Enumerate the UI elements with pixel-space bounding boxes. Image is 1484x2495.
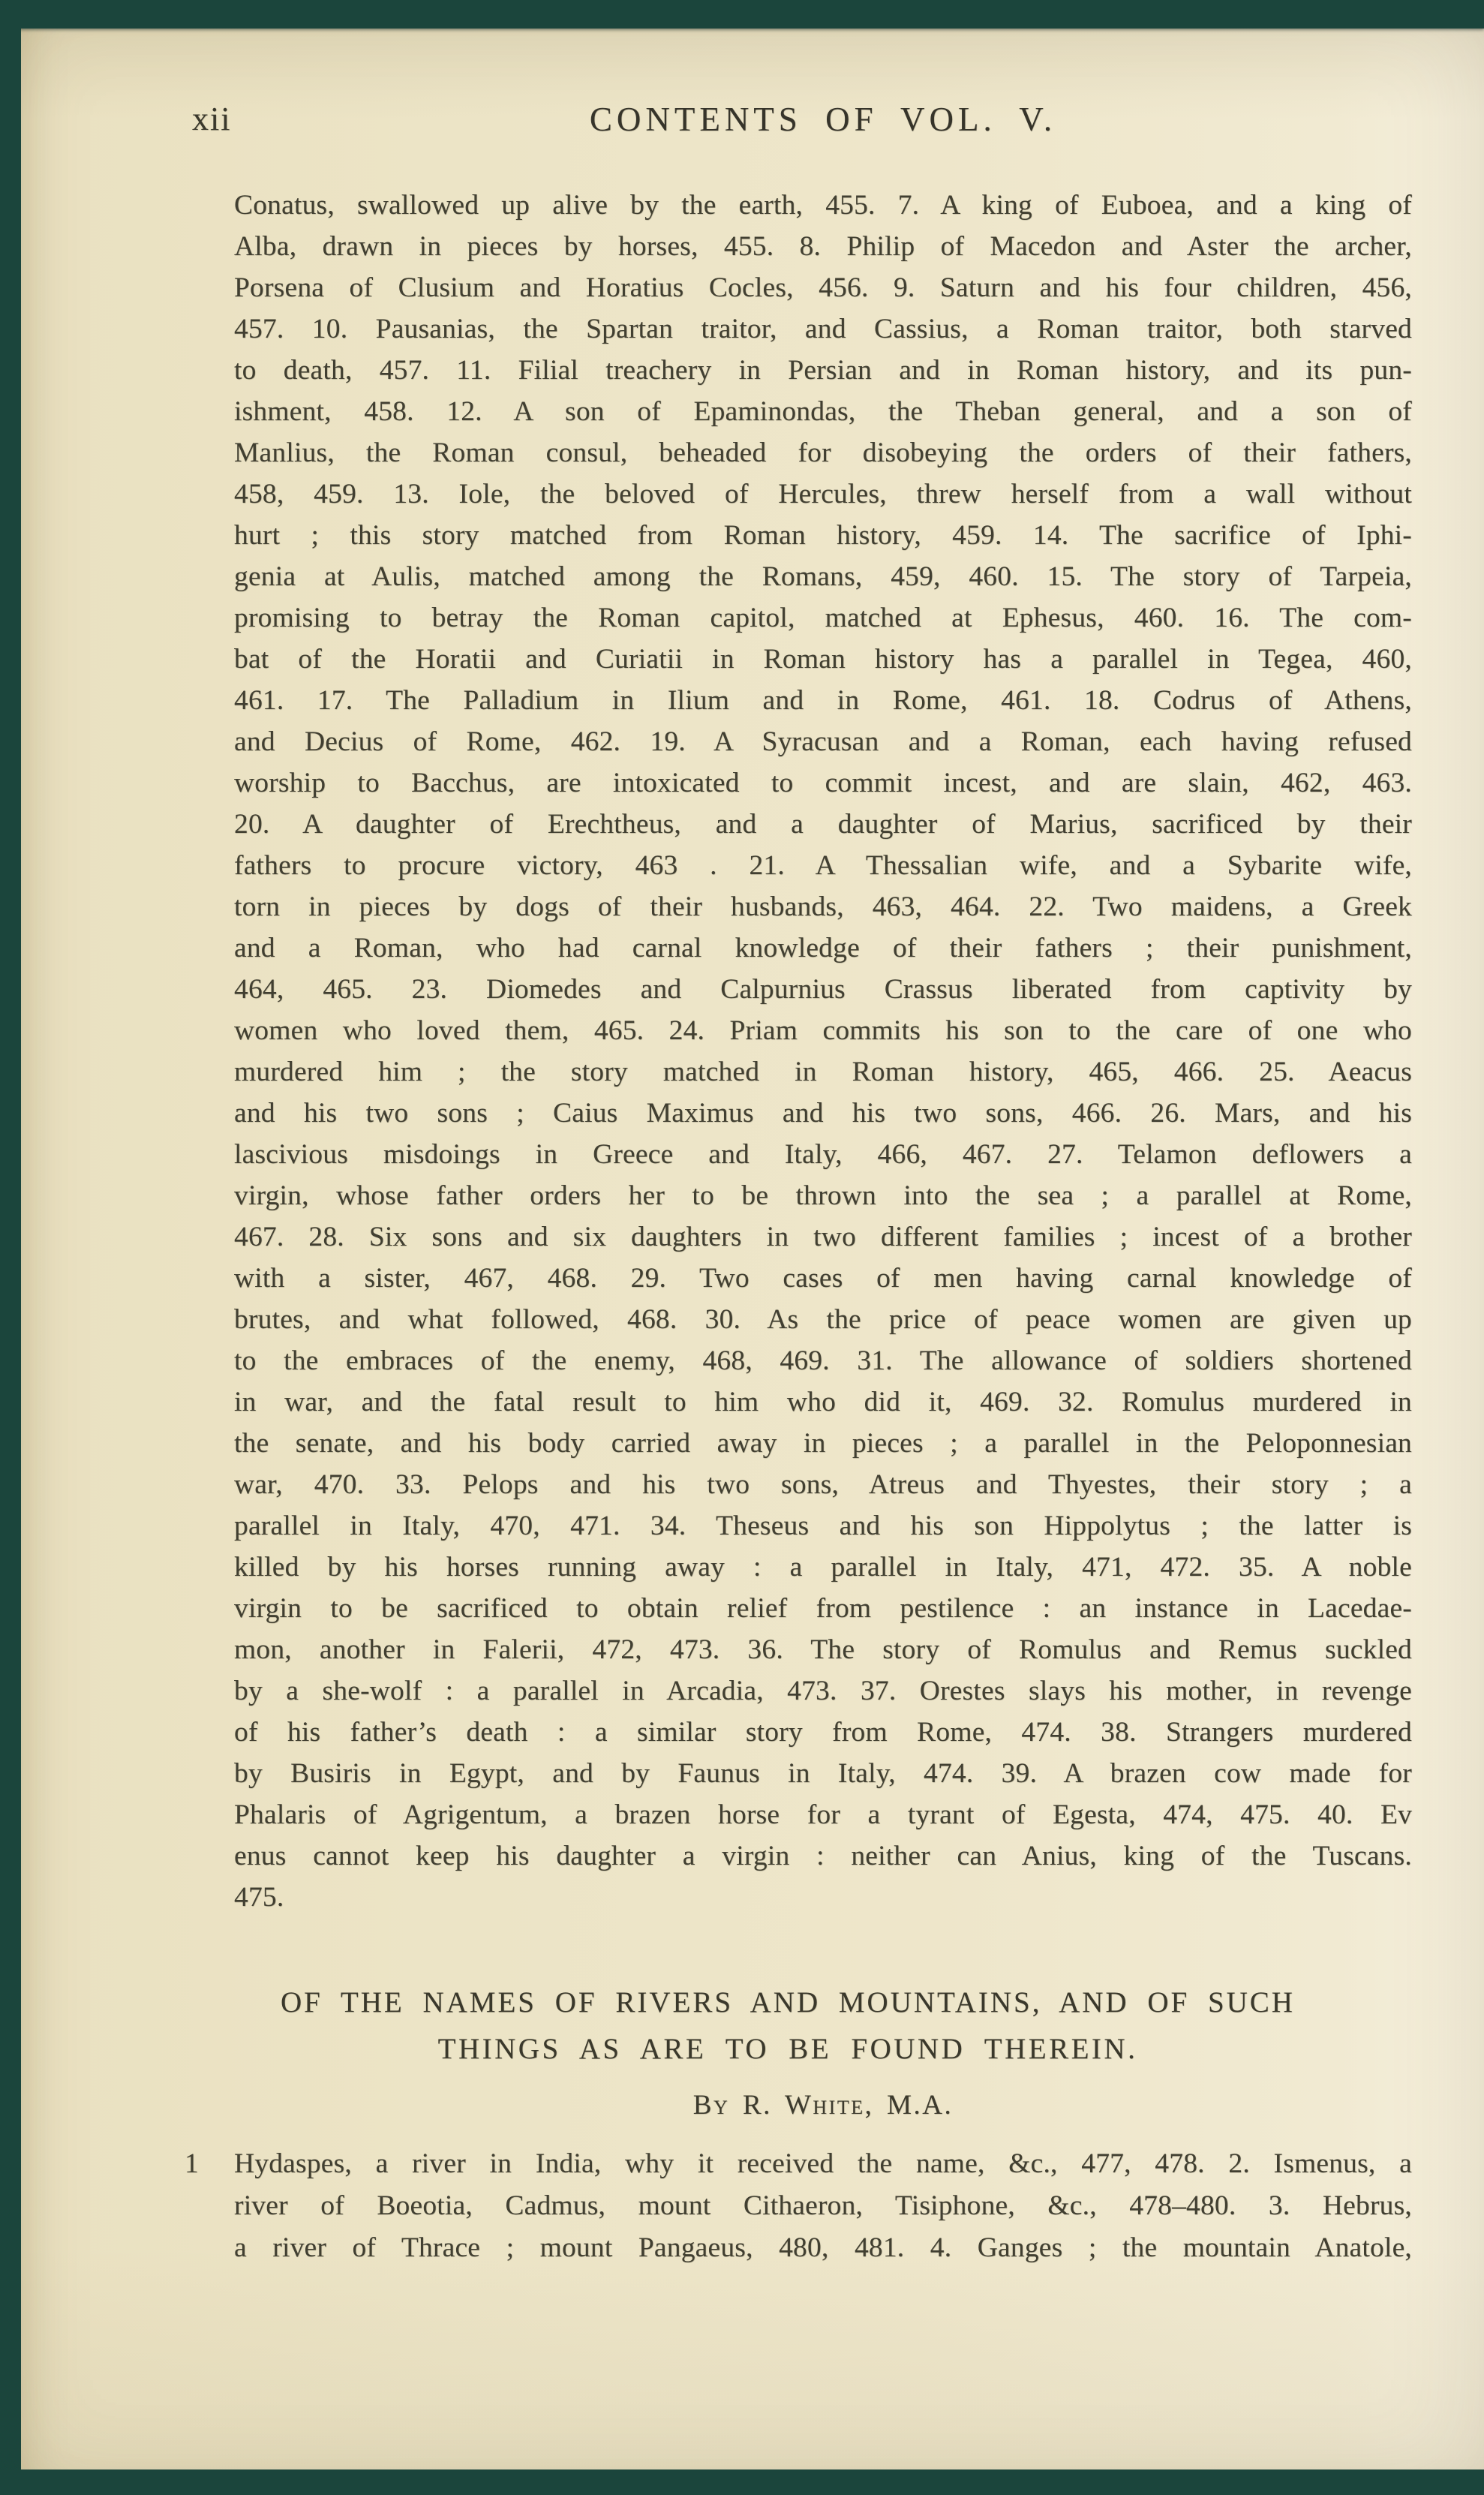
running-title: CONTENTS OF VOL. V. <box>234 90 1412 149</box>
contents-text-line: promising to betray the Roman capitol, m… <box>234 597 1412 639</box>
contents-text-line: Conatus, swallowed up alive by the earth… <box>234 185 1412 226</box>
contents-text-line: by a she-wolf : a parallel in Arcadia, 4… <box>234 1670 1412 1712</box>
contents-text-line: Manlius, the Roman consul, beheaded for … <box>234 432 1412 473</box>
contents-text-line: by Busiris in Egypt, and by Faunus in It… <box>234 1753 1412 1794</box>
rivers-paragraph-lines: Hydaspes, a river in India, why it recei… <box>234 2143 1412 2269</box>
contents-text-line: 464, 465. 23. Diomedes and Calpurnius Cr… <box>234 969 1412 1010</box>
contents-text-line: lascivious misdoings in Greece and Italy… <box>234 1134 1412 1175</box>
contents-text-line: and a Roman, who had carnal knowledge of… <box>234 927 1412 969</box>
contents-text-line: 461. 17. The Palladium in Ilium and in R… <box>234 680 1412 721</box>
contents-text-line: virgin, whose father orders her to be th… <box>234 1175 1412 1216</box>
contents-text-line: brutes, and what followed, 468. 30. As t… <box>234 1299 1412 1340</box>
contents-text-line: women who loved them, 465. 24. Priam com… <box>234 1010 1412 1051</box>
contents-text-line: parallel in Italy, 470, 471. 34. Theseus… <box>234 1505 1412 1547</box>
contents-text-line: Porsena of Clusium and Horatius Cocles, … <box>234 267 1412 308</box>
rivers-text-line: a river of Thrace ; mount Pangaeus, 480,… <box>234 2227 1412 2269</box>
contents-text-line: with a sister, 467, 468. 29. Two cases o… <box>234 1258 1412 1299</box>
rivers-text-line: river of Boeotia, Cadmus, mount Cithaero… <box>234 2185 1412 2227</box>
rivers-paragraph: 1 Hydaspes, a river in India, why it rec… <box>234 2143 1412 2269</box>
contents-text-line: and Decius of Rome, 462. 19. A Syracusan… <box>234 721 1412 762</box>
contents-text-line: mon, another in Falerii, 472, 473. 36. T… <box>234 1629 1412 1670</box>
contents-text-line: virgin to be sacrificed to obtain relief… <box>234 1588 1412 1629</box>
page-number: xii <box>192 90 231 149</box>
contents-text-line: 467. 28. Six sons and six daughters in t… <box>234 1216 1412 1258</box>
contents-paragraph: Conatus, swallowed up alive by the earth… <box>234 185 1412 1918</box>
contents-text-line: hurt ; this story matched from Roman his… <box>234 515 1412 556</box>
contents-text-line: bat of the Horatii and Curiatii in Roman… <box>234 639 1412 680</box>
contents-text-line: killed by his horses running away : a pa… <box>234 1547 1412 1588</box>
page-header: xii CONTENTS OF VOL. V. <box>234 90 1412 149</box>
contents-text-line: to death, 457. 11. Filial treachery in P… <box>234 350 1412 391</box>
contents-text-line: of his father’s death : a similar story … <box>234 1712 1412 1753</box>
scan-border-bottom <box>0 2469 1484 2495</box>
contents-text-line: Alba, drawn in pieces by horses, 455. 8.… <box>234 226 1412 267</box>
scanned-book-page: { "colors": { "scan_border": "#1B453C", … <box>0 0 1484 2495</box>
contents-text-line: ishment, 458. 12. A son of Epaminondas, … <box>234 391 1412 432</box>
scan-border-left <box>0 0 21 2495</box>
rivers-text-line: Hydaspes, a river in India, why it recei… <box>234 2143 1412 2185</box>
contents-text-line: 20. A daughter of Erechtheus, and a daug… <box>234 804 1412 845</box>
contents-text-line: worship to Bacchus, are intoxicated to c… <box>234 762 1412 804</box>
contents-text-line: murdered him ; the story matched in Roma… <box>234 1051 1412 1093</box>
contents-text-line: enus cannot keep his daughter a virgin :… <box>234 1835 1412 1877</box>
contents-text-line: 475. <box>234 1877 1412 1918</box>
section-heading: OF THE NAMES OF RIVERS AND MOUNTAINS, AN… <box>173 1979 1403 2073</box>
section-heading-line-1: OF THE NAMES OF RIVERS AND MOUNTAINS, AN… <box>173 1979 1403 2026</box>
list-item-number: 1 <box>185 2143 199 2185</box>
contents-text-line: Phalaris of Agrigentum, a brazen horse f… <box>234 1794 1412 1835</box>
section-byline: By R. White, M.A. <box>234 2086 1412 2125</box>
contents-text-line: and his two sons ; Caius Maximus and his… <box>234 1093 1412 1134</box>
contents-text-line: in war, and the fatal result to him who … <box>234 1381 1412 1423</box>
contents-text-line: to the embraces of the enemy, 468, 469. … <box>234 1340 1412 1381</box>
contents-text-line: war, 470. 33. Pelops and his two sons, A… <box>234 1464 1412 1505</box>
contents-text-line: the senate, and his body carried away in… <box>234 1423 1412 1464</box>
scan-border-top <box>0 0 1484 29</box>
contents-text-line: torn in pieces by dogs of their husbands… <box>234 886 1412 927</box>
contents-text-line: fathers to procure victory, 463 . 21. A … <box>234 845 1412 886</box>
section-heading-line-2: THINGS AS ARE TO BE FOUND THEREIN. <box>173 2026 1403 2073</box>
contents-text-line: genia at Aulis, matched among the Romans… <box>234 556 1412 597</box>
contents-text-line: 458, 459. 13. Iole, the beloved of Hercu… <box>234 473 1412 515</box>
contents-text-line: 457. 10. Pausanias, the Spartan traitor,… <box>234 308 1412 350</box>
